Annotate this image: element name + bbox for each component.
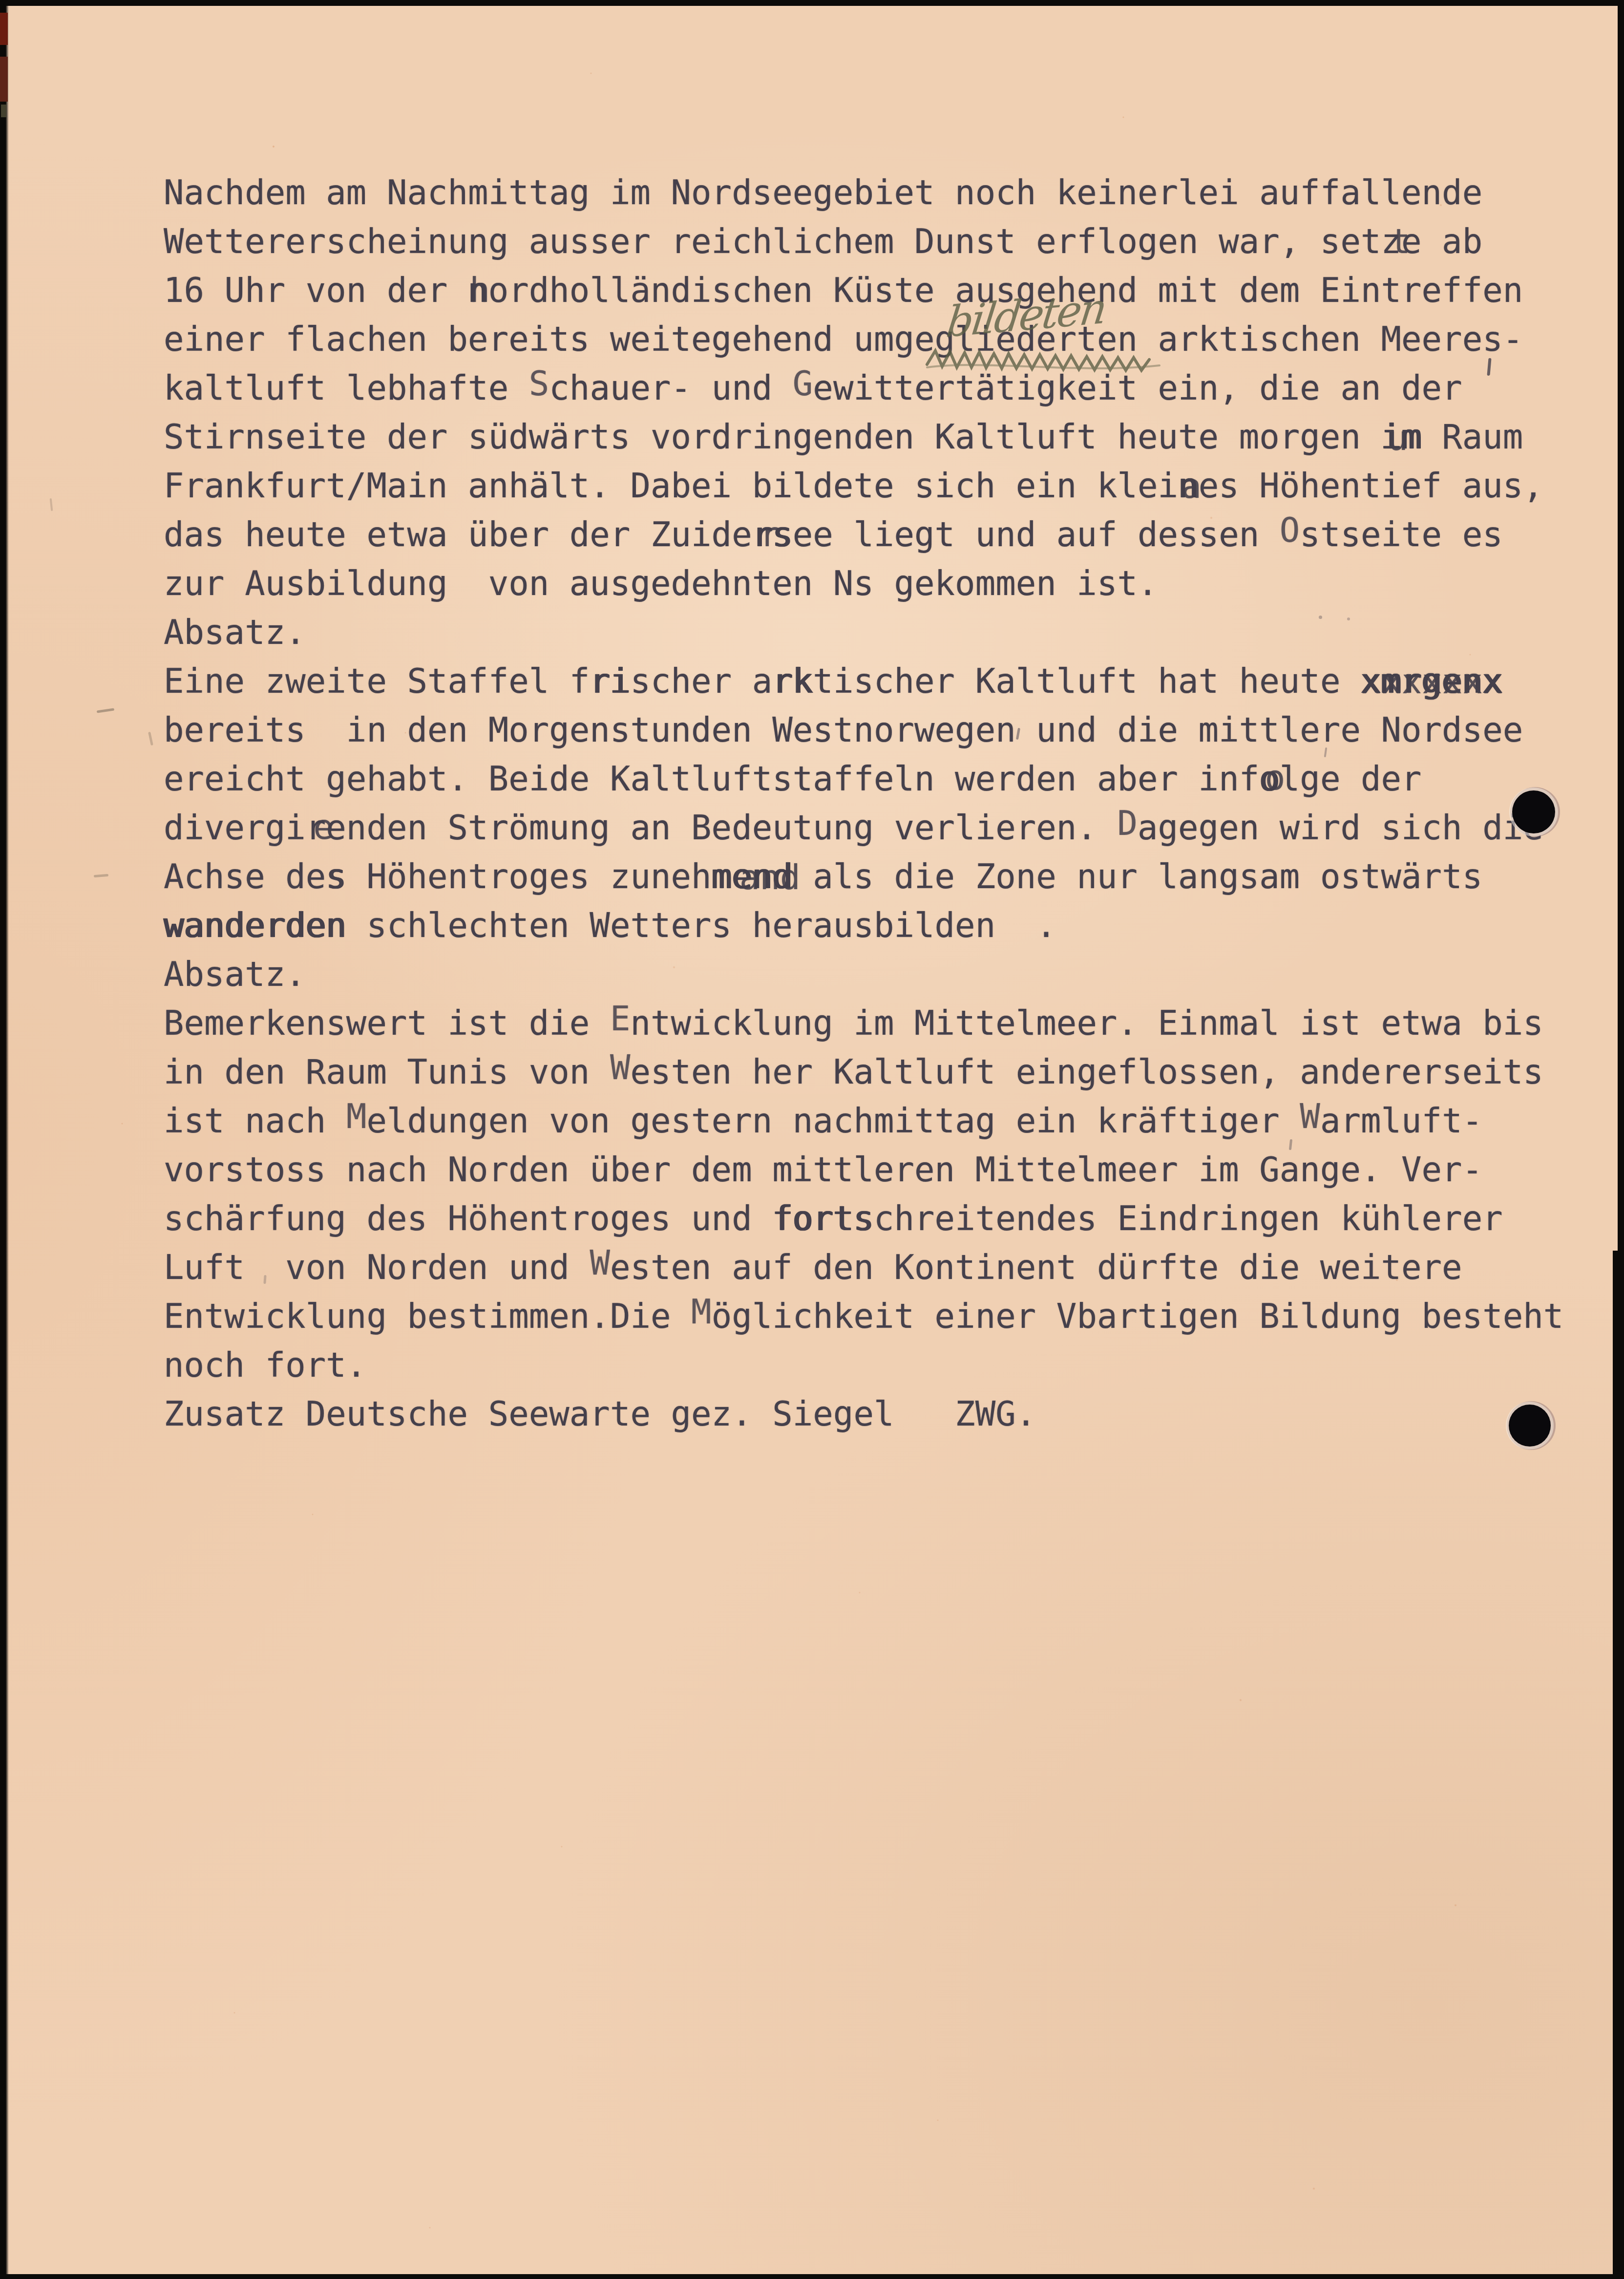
overtype-glyph: o	[1265, 757, 1286, 799]
overstruck-text: S	[529, 363, 549, 405]
scan-edge-bottom	[0, 2274, 1624, 2279]
typed-line: zur Ausbildung von ausgedehnten Ns gekom…	[164, 563, 1158, 605]
overstruck-text: W	[1300, 1096, 1320, 1138]
overstruck-text: forts	[772, 1199, 874, 1238]
typed-line: Achse des Höhentroges zunehmend als die …	[164, 856, 1482, 898]
overtype-glyph: t	[1390, 221, 1411, 263]
scan-edge-left	[0, 0, 9, 2279]
overstruck-text: M	[691, 1291, 712, 1333]
overtype-glyph: and	[739, 857, 801, 899]
typed-line: Eine zweite Staffel frischer arktischer …	[164, 660, 1503, 703]
overstruck-text: O	[1280, 510, 1300, 552]
overtype-glyph: a	[1181, 466, 1202, 508]
edge-stain	[1, 105, 6, 117]
overstruck-text: ri	[590, 662, 630, 701]
punch-hole	[1509, 1405, 1551, 1447]
typed-line: Nachdem am Nachmittag im Nordseegebiet n…	[164, 172, 1482, 214]
punch-hole	[1512, 790, 1555, 833]
scan-edge-right-lower	[1613, 1251, 1624, 2279]
typed-line: Zusatz Deutsche Seewarte gez. Siegel ZWG…	[164, 1393, 1036, 1435]
typed-line: noch fort.	[164, 1344, 366, 1386]
overstruck-text: wanderden	[164, 906, 346, 945]
overstruck-text: D	[1117, 803, 1138, 845]
typed-line: wanderden schlechten Wetters herausbilde…	[164, 905, 1056, 947]
typed-line: Stirnseite der südwärts vordringenden Ka…	[164, 416, 1523, 458]
typed-line: 16 Uhr von der nordholländischen Küste a…	[164, 270, 1523, 312]
typed-line: Bemerkenswert ist die Entwicklung im Mit…	[164, 1002, 1543, 1044]
edge-stain	[0, 57, 8, 102]
scan-edge-top	[0, 0, 1624, 6]
edge-stain	[0, 13, 8, 45]
overtype-glyph: r	[759, 514, 780, 556]
typed-line: Luft von Norden und Westen auf den Konti…	[164, 1247, 1462, 1289]
typed-line: Absatz.	[164, 612, 306, 654]
overstruck-text: M	[346, 1096, 367, 1138]
typed-line: ereicht gehabt. Beide Kaltluftstaffeln w…	[164, 758, 1422, 800]
overstruck-text: W	[590, 1242, 610, 1284]
overstruck-text: W	[610, 1047, 631, 1089]
strikethrough-scribble	[924, 345, 1163, 380]
typed-line: in den Raum Tunis von Westen her Kaltluf…	[164, 1051, 1543, 1093]
overstruck-text: E	[610, 998, 631, 1040]
scanned-page: Nachdem am Nachmittag im Nordseegebiet n…	[0, 0, 1624, 2279]
typed-line: das heute etwa über der Zuidersee liegt …	[164, 514, 1503, 556]
typed-line: vorstoss nach Norden über dem mittleren …	[164, 1149, 1482, 1191]
overtype-glyph: u	[1388, 418, 1408, 460]
typed-line: Frankfurt/Main anhält. Dabei bildete sic…	[164, 465, 1543, 507]
ink-mark	[1319, 616, 1322, 619]
typed-line: schärfung des Höhentroges und fortschrei…	[164, 1198, 1503, 1240]
overstruck-text: rk	[772, 662, 813, 701]
typed-line: ist nach Meldungen von gestern nachmitta…	[164, 1100, 1482, 1142]
ink-mark	[1347, 618, 1350, 620]
typed-line: divergirenden Strömung an Bedeutung verl…	[164, 807, 1543, 849]
typed-line: Wettererscheinung ausser reichlichem Dun…	[164, 221, 1482, 263]
overstruck-text: s	[326, 857, 346, 896]
typed-line: einer flachen bereits weitegehend umgegl…	[164, 319, 1523, 361]
overtype-glyph: h	[469, 270, 490, 312]
typed-line: Entwicklung bestimmen.Die Möglichkeit ei…	[164, 1296, 1563, 1338]
overtype-glyph: e	[314, 807, 334, 849]
typed-line: bereits in den Morgenstunden Westnorwege…	[164, 709, 1523, 751]
overstruck-text: G	[793, 363, 813, 405]
overtype-glyph: xxxxxxx	[1361, 661, 1503, 703]
typed-line: kaltluft lebhafte Schauer- und Gewittert…	[164, 367, 1462, 409]
typed-line: Absatz.	[164, 954, 306, 996]
